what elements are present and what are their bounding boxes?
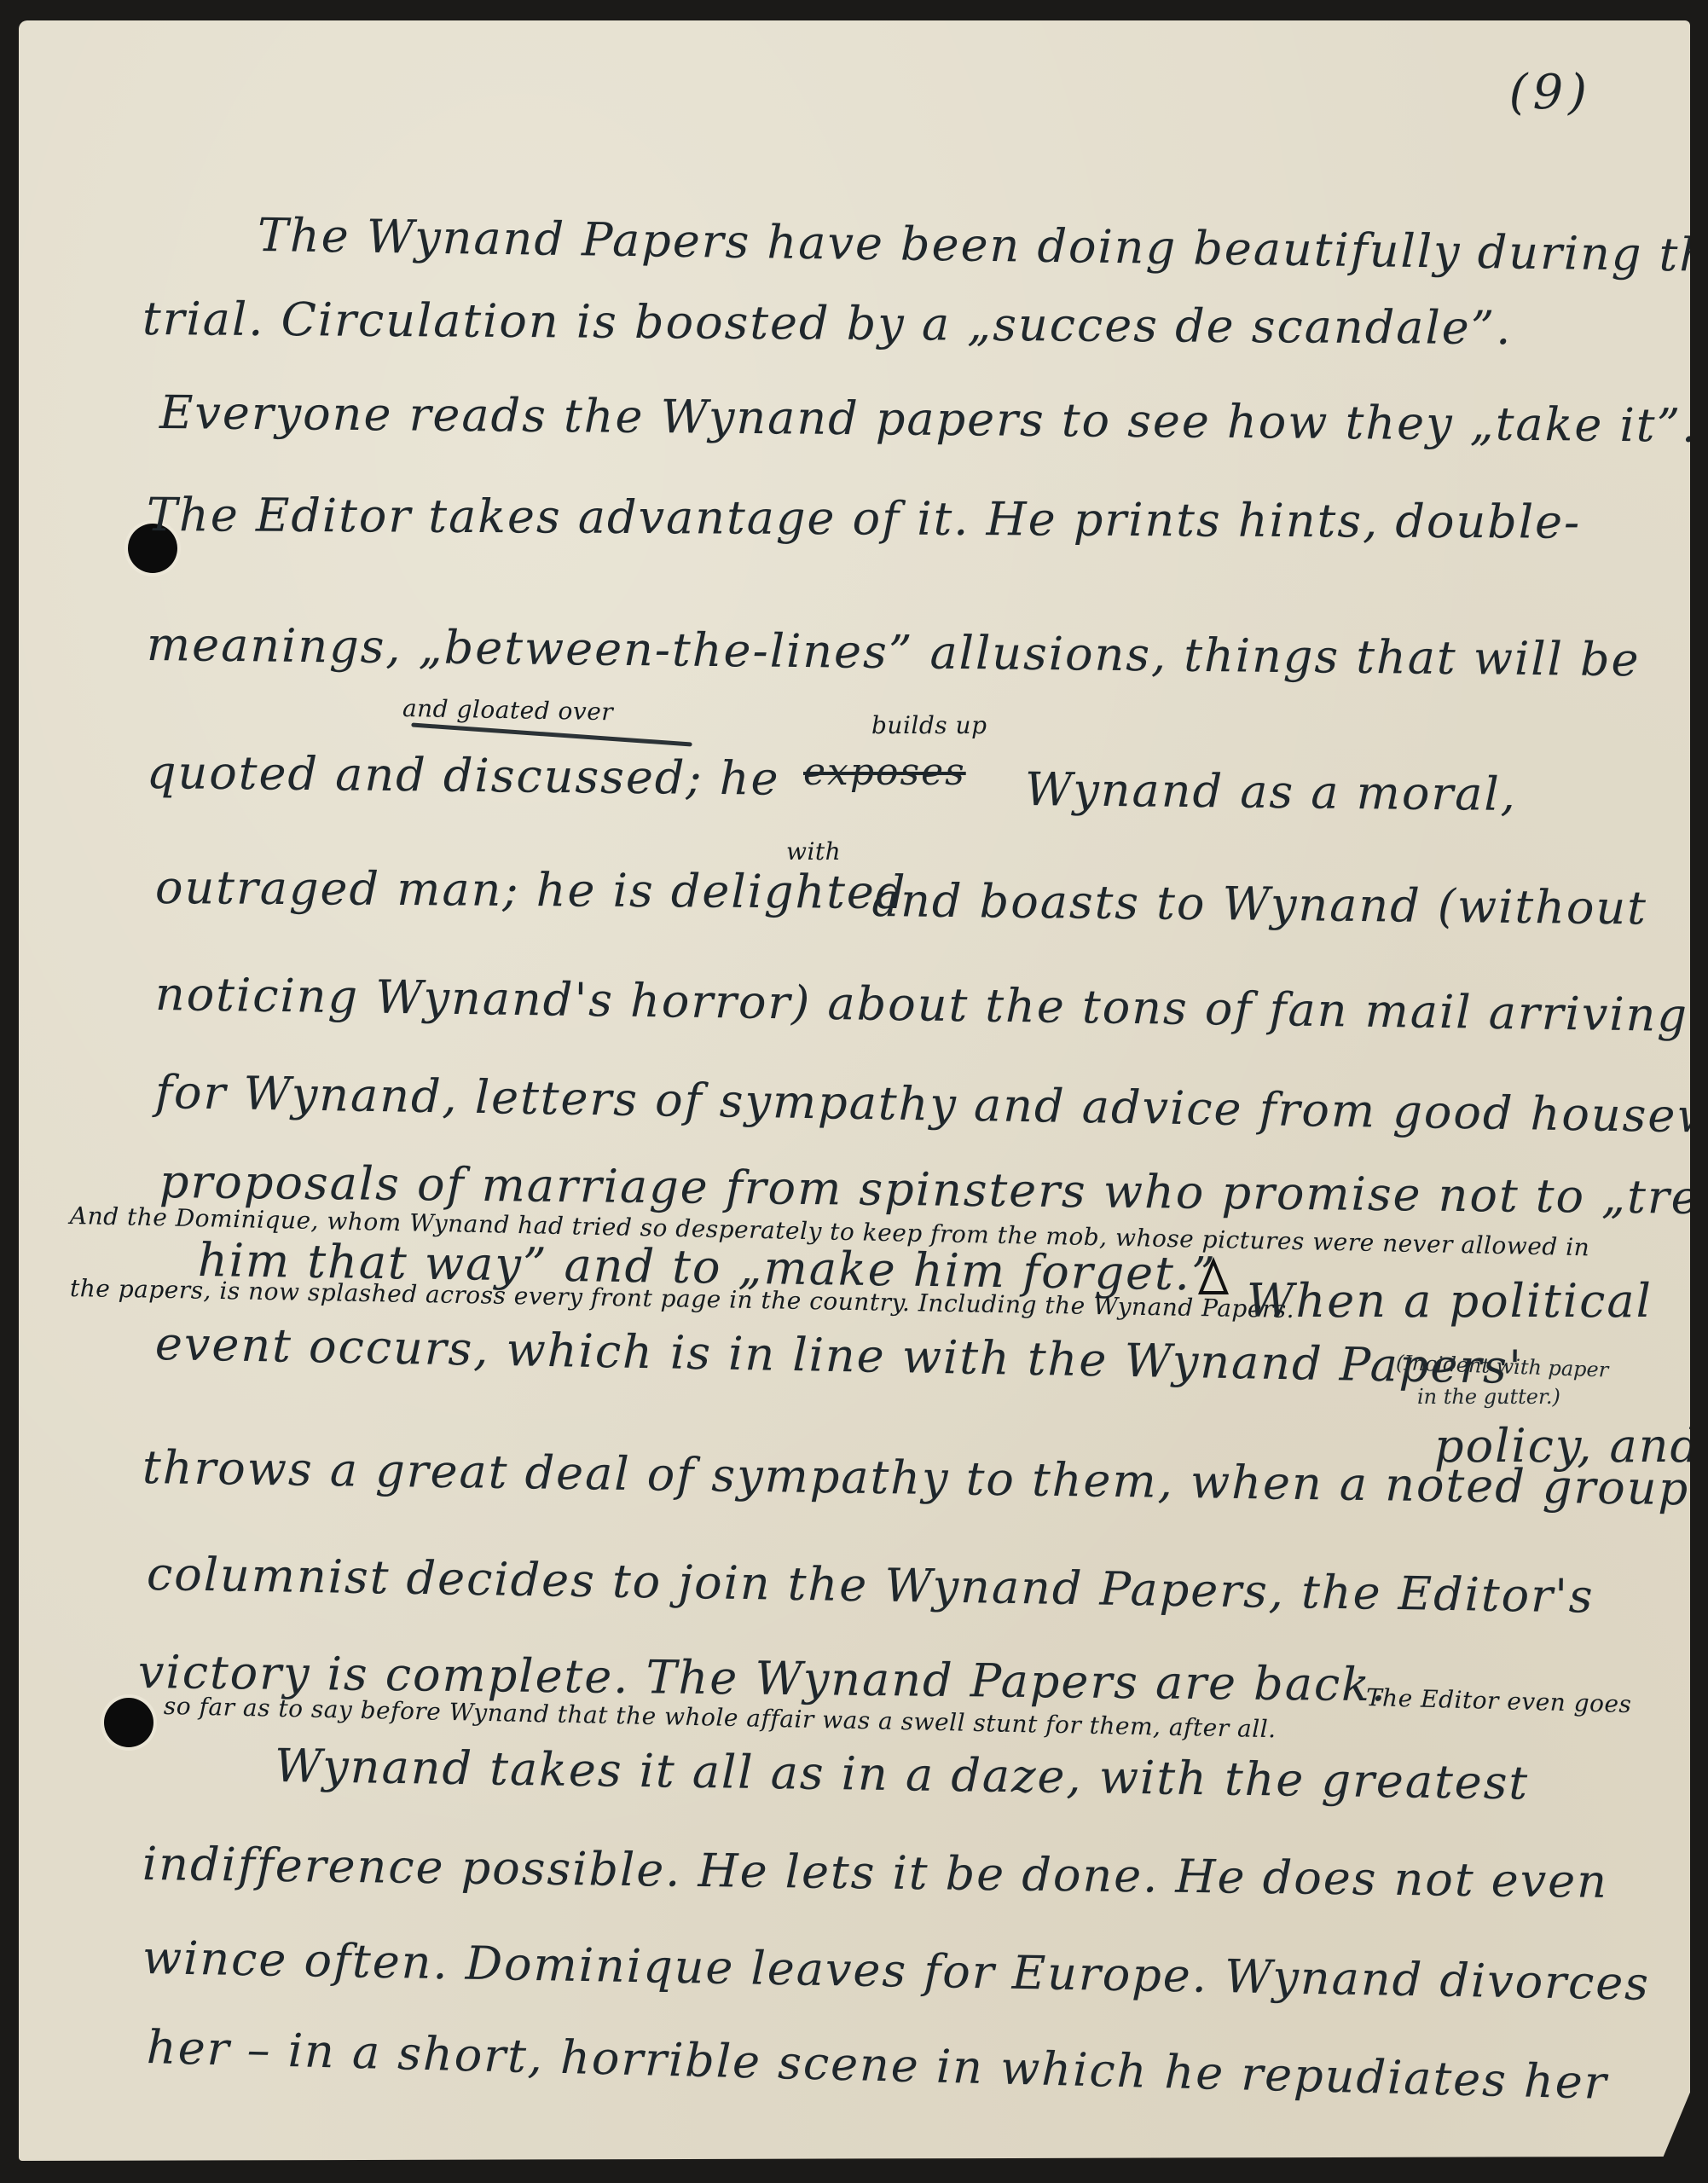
manuscript-line-7: outraged man; he is delighted: [155, 860, 907, 919]
manuscript-page: (9) The Wynand Papers have been doing be…: [19, 20, 1690, 2161]
manuscript-line-5: meanings, „between-the-lines” allusions,…: [147, 617, 1641, 686]
manuscript-line-12: event occurs, which is in line with the …: [154, 1317, 1523, 1394]
page-number: (9): [1509, 65, 1592, 120]
manuscript-line-1: The Wynand Papers have been doing beauti…: [258, 208, 1708, 282]
struck-word: exposes: [803, 750, 966, 794]
manuscript-line-19: her – in a short, horrible scene in whic…: [146, 2020, 1608, 2110]
insertion-guide-stroke: [411, 722, 692, 746]
insertion-editor-goes: The Editor even goes: [1366, 1683, 1632, 1718]
manuscript-line-14: columnist decides to join the Wynand Pap…: [147, 1547, 1595, 1624]
manuscript-line-2: trial. Circulation is boosted by a „succ…: [142, 292, 1513, 355]
insertion-gutter: in the gutter.): [1417, 1385, 1560, 1409]
manuscript-line-3: Everyone reads the Wynand papers to see …: [159, 385, 1699, 453]
manuscript-line-7b: and boasts to Wynand (without: [871, 873, 1648, 935]
insertion-gloated-over: and gloated over: [402, 694, 614, 726]
insertion-builds-up: builds up: [871, 711, 987, 739]
manuscript-line-9: for Wynand, letters of sympathy and advi…: [155, 1065, 1708, 1145]
manuscript-line-17: indifference possible. He lets it be don…: [142, 1837, 1609, 1908]
manuscript-line-16: Wynand takes it all as in a daze, with t…: [275, 1739, 1530, 1810]
punch-hole-bottom: [104, 1698, 153, 1747]
manuscript-line-6b: Wynand as a moral,: [1025, 762, 1518, 821]
manuscript-line-8: noticing Wynand's horror) about the tons…: [155, 967, 1689, 1042]
manuscript-line-6: quoted and discussed; he: [147, 745, 780, 806]
manuscript-line-18: wince often. Dominique leaves for Europe…: [142, 1931, 1650, 2011]
manuscript-line-4: The Editor takes advantage of it. He pri…: [147, 488, 1582, 549]
insertion-caret-icon: [1198, 1257, 1229, 1294]
insertion-with: with: [786, 837, 841, 866]
manuscript-line-12b: When a political: [1247, 1274, 1653, 1328]
